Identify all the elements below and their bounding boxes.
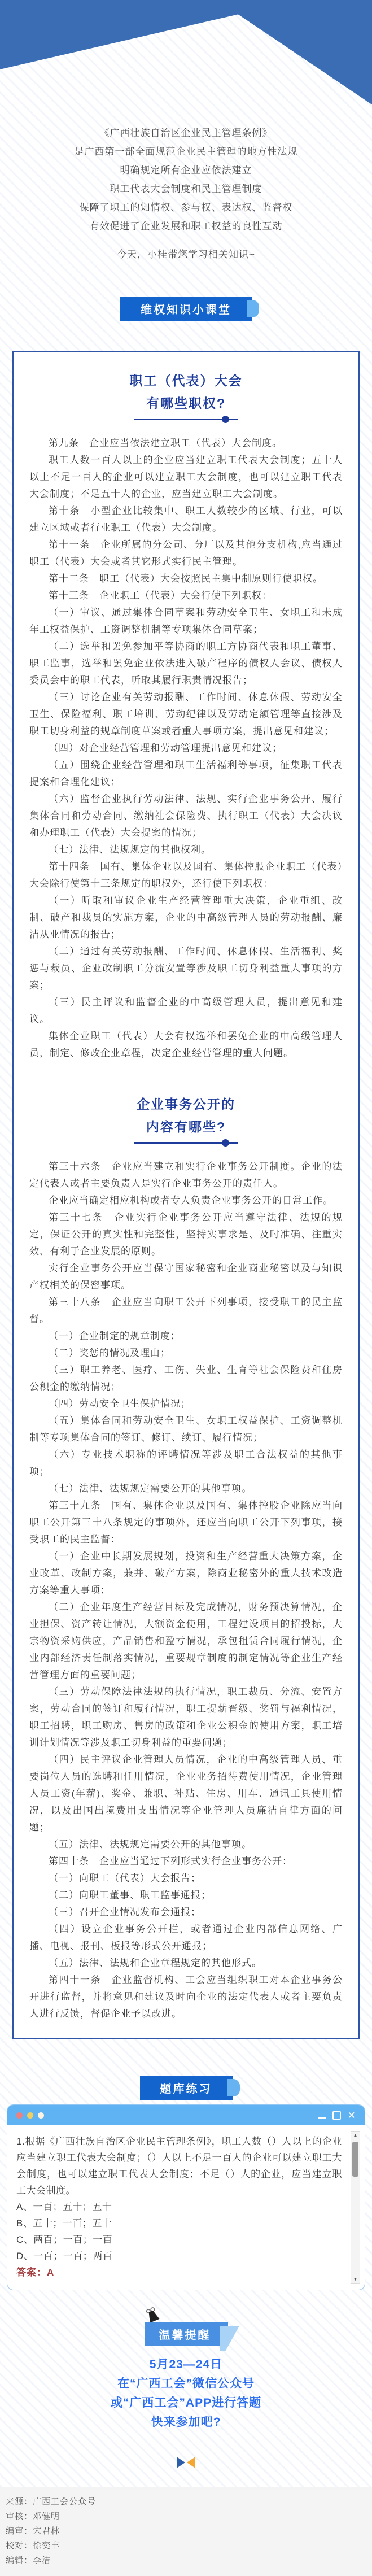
law-paragraph: （六）监督企业执行劳动法律、法规、实行企业事务公开、履行集体合同和劳动合同、缴纳… — [29, 791, 343, 842]
law-paragraph: （六）专业技术职称的评聘情况等涉及职工合法权益的其他事项； — [29, 1446, 343, 1480]
scrollbar[interactable]: ▲ ▼ — [351, 2131, 360, 2284]
section-badge-row: 维权知识小课堂 — [0, 297, 372, 321]
law-paragraph: 企业应当确定相应机构或者专人负责企业事务公开的日常工作。 — [29, 1192, 343, 1209]
section1-paragraphs: 第九条 企业应当依法建立职工（代表）大会制度。职工人数一百人以上的企业应当建立职… — [29, 435, 343, 1062]
law-paragraph: （一）审议、通过集体合同草案和劳动安全卫生、女职工和未成年工权益保护、工资调整机… — [29, 604, 343, 638]
law-paragraph: （一）向职工（代表）大会报告； — [29, 1870, 343, 1887]
intro-line: 职工代表大会制度和民主管理制度 — [0, 180, 372, 198]
close-icon[interactable]: ✕ — [348, 2111, 356, 2120]
footer-credits: 来源：广西工会公众号审核：邓健明编审：宋君林校对：徐奕丰编辑：李洁 — [0, 2487, 372, 2576]
section-badge-row: 题库练习 — [0, 2076, 372, 2100]
law-paragraph: （五）集体合同和劳动安全卫生、女职工权益保护、工资调整机制等专项集体合同的签订、… — [29, 1413, 343, 1446]
quiz-option: C、两百；一百；一百 — [16, 2231, 342, 2248]
law-paragraph: 第四十条 企业应当通过下列形式实行企业事务公开： — [29, 1853, 343, 1870]
intro-line: 今天，小桂带您学习相关知识~ — [0, 245, 372, 264]
union-logo — [177, 2457, 196, 2468]
law-paragraph: 第九条 企业应当依法建立职工（代表）大会制度。 — [29, 435, 343, 452]
law-paragraph: 第四十一条 企业监督机构、工会应当组织职工对本企业事务公开进行监督，并将意见和建… — [29, 1972, 343, 2023]
credit-line: 编辑：李洁 — [6, 2553, 366, 2568]
promo-line: 5月23—24日 — [0, 2355, 372, 2374]
law-paragraph: （四）对企业经营管理和劳动管理提出意见和建议； — [29, 740, 343, 757]
credit-line: 来源：广西工会公众号 — [6, 2495, 366, 2509]
law-paragraph: （二）选举和罢免参加平等协商的职工方协商代表和职工董事、职工监事，选举和罢免企业… — [29, 638, 343, 689]
law-paragraph: 第三十七条 企业实行企业事务公开应当遵守法律、法规的规定，保证公开的真实性和完整… — [29, 1209, 343, 1260]
window-dot-white-icon — [38, 2112, 44, 2119]
law-paragraph: （三）召开企业情况发布会通报； — [29, 1904, 343, 1921]
credit-line: 编审：宋君林 — [6, 2524, 366, 2539]
intro-text: 《广西壮族自治区企业民主管理条例》是广西第一部全面规范企业民主管理的地方性法规明… — [0, 124, 372, 264]
maximize-icon[interactable] — [332, 2111, 341, 2120]
law-paragraph: （五）法律、法规和企业章程规定的其他形式。 — [29, 1955, 343, 1972]
promo-line: 快来参加吧? — [0, 2413, 372, 2432]
quiz-window-titlebar: ✕ — [7, 2105, 365, 2125]
credit-line: 校对：徐奕丰 — [6, 2539, 366, 2553]
law-paragraph: （四）民主评议企业管理人员情况，企业的中高级管理人员、重要岗位人员的选聘和任用情… — [29, 1751, 343, 1836]
knowledge-class-badge: 维权知识小课堂 — [120, 297, 252, 321]
intro-line: 保障了职工的知情权、参与权、表达权、监督权 — [0, 198, 372, 217]
law-paragraph: （三）劳动保障法律法规的执行情况，职工裁员、分流、安置方案，劳动合同的签订和履行… — [29, 1684, 343, 1751]
law-paragraph: 第三十六条 企业应当建立和实行企业事务公开制度。企业的法定代表人或者主要负责人是… — [29, 1158, 343, 1192]
law-paragraph: （二）向职工董事、职工监事通报； — [29, 1887, 343, 1904]
law-paragraph: 集体企业职工（代表）大会有权选举和罢免企业的中高级管理人员，制定、修改企业章程，… — [29, 1028, 343, 1062]
promo-line: 在“广西工会”微信公众号 — [0, 2374, 372, 2394]
section2-title: 企业事务公开的 内容有哪些? — [29, 1093, 343, 1144]
law-paragraph: （五）围绕企业经营管理和职工生活福利等事项，征集职工代表提案和合理化建议； — [29, 757, 343, 791]
law-paragraph: （一）企业中长期发展规划，投资和生产经营重大决策方案，企业改革、改制方案，兼并、… — [29, 1548, 343, 1599]
law-paragraph: 第三十九条 国有、集体企业以及国有、集体控股企业除应当向职工公开第三十八条规定的… — [29, 1497, 343, 1548]
quiz-body: 1.根据《广西壮族自治区企业民主管理条例》，职工人数（）人以上的企业应当建立职工… — [7, 2125, 365, 2290]
law-paragraph: （三）讨论企业有关劳动报酬、工作时间、休息休假、劳动安全卫生、保险福利、职工培训… — [29, 689, 343, 740]
title-underline-with-dot — [134, 1142, 238, 1144]
logo-blue-triangle — [177, 2457, 185, 2468]
law-paragraph: （四）设立企业事务公开栏，或者通过企业内部信息网络、广播、电视、报刊、板报等形式… — [29, 1921, 343, 1955]
law-paragraph: 职工人数一百人以上的企业应当建立职工代表大会制度；五十人以上不足一百人的企业可以… — [29, 452, 343, 503]
quiz-answer-label: 答案： — [16, 2267, 47, 2278]
law-paragraph: 第三十八条 企业应当向职工公开下列事项，接受职工的民主监督。 — [29, 1294, 343, 1328]
law-paragraph: （二）企业年度生产经营目标及完成情况，财务预决算情况，企业担保、资产转让情况，大… — [29, 1599, 343, 1684]
law-card: 职工（代表）大会 有哪些职权? 第九条 企业应当依法建立职工（代表）大会制度。职… — [12, 351, 360, 2039]
credit-line: 审核：邓健明 — [6, 2509, 366, 2524]
header-blue-shape — [0, 0, 372, 110]
quiz-question: 1.根据《广西壮族自治区企业民主管理条例》，职工人数（）人以上的企业应当建立职工… — [16, 2133, 342, 2199]
section1-title: 职工（代表）大会 有哪些职权? — [29, 369, 343, 420]
quiz-option: B、五十；一百；五十 — [16, 2215, 342, 2231]
law-paragraph: 第十二条 职工（代表）大会按照民主集中制原则行使职权。 — [29, 570, 343, 587]
law-paragraph: （一）企业制定的规章制度； — [29, 1328, 343, 1345]
quiz-answer-value: A — [47, 2267, 54, 2278]
law-paragraph: （三）民主评议和监督企业的中高级管理人员，提出意见和建议。 — [29, 994, 343, 1028]
window-controls: ✕ — [318, 2111, 356, 2120]
quiz-answer: 答案：A — [16, 2264, 342, 2281]
question-bank-badge: 题库练习 — [140, 2076, 233, 2100]
section1-title-line2: 有哪些职权? — [29, 392, 343, 415]
law-paragraph: （七）法律、法规规定的其他权利。 — [29, 842, 343, 858]
section2-title-line1: 企业事务公开的 — [29, 1093, 343, 1115]
promo-line: 或“广西工会”APP进行答题 — [0, 2394, 372, 2413]
title-underline-with-dot — [134, 419, 238, 420]
law-paragraph: 实行企业事务公开应当保守国家秘密和企业商业秘密以及与知识产权相关的保密事项。 — [29, 1260, 343, 1294]
scroll-down-icon[interactable]: ▼ — [353, 2276, 358, 2283]
article-page: 《广西壮族自治区企业民主管理条例》是广西第一部全面规范企业民主管理的地方性法规明… — [0, 0, 372, 2576]
intro-line: 有效促进了企业发展和职工权益的良性互动 — [0, 217, 372, 236]
quiz-option: D、一百；一百；两百 — [16, 2248, 342, 2264]
scrollbar-thumb[interactable] — [352, 2142, 358, 2177]
window-dots — [16, 2112, 44, 2119]
intro-line: 是广西第一部全面规范企业民主管理的地方性法规 — [0, 142, 372, 161]
intro-line: 《广西壮族自治区企业民主管理条例》 — [0, 124, 372, 142]
quiz-options: A、一百；五十；五十B、五十；一百；五十C、两百；一百；一百D、一百；一百；两百 — [16, 2199, 342, 2264]
window-dot-red-icon — [16, 2112, 23, 2119]
window-dot-yellow-icon — [27, 2112, 33, 2119]
law-paragraph: （七）法律、法规规定需要公开的其他事项。 — [29, 1480, 343, 1497]
law-paragraph: （二）奖惩的情况及理由； — [29, 1345, 343, 1362]
quiz-option: A、一百；五十；五十 — [16, 2199, 342, 2215]
quiz-window: ✕ 1.根据《广西壮族自治区企业民主管理条例》，职工人数（）人以上的企业应当建立… — [7, 2104, 365, 2290]
section2-title-line2: 内容有哪些? — [29, 1115, 343, 1138]
minimize-icon[interactable] — [318, 2117, 326, 2119]
law-paragraph: 第十三条 企业职工（代表）大会行使下列职权： — [29, 587, 343, 604]
section2-paragraphs: 第三十六条 企业应当建立和实行企业事务公开制度。企业的法定代表人或者主要负责人是… — [29, 1158, 343, 2023]
law-paragraph: （四）劳动安全卫生保护情况； — [29, 1396, 343, 1413]
warm-reminder-badge: 温馨提醒 — [145, 2322, 228, 2346]
header-banner — [0, 0, 372, 110]
law-paragraph: （三）职工养老、医疗、工伤、失业、生育等社会保险费和住房公积金的缴纳情况； — [29, 1362, 343, 1396]
law-paragraph: 第十四条 国有、集体企业以及国有、集体控股企业职工（代表）大会除行使第十三条规定… — [29, 858, 343, 892]
reminder-section: 温馨提醒 — [0, 2322, 372, 2346]
law-paragraph: 第十一条 企业所属的分公司、分厂以及其他分支机构,应当通过职工（代表）大会或者其… — [29, 537, 343, 570]
section1-title-line1: 职工（代表）大会 — [29, 369, 343, 392]
law-paragraph: （一）听取和审议企业生产经营管理重大决策，企业重组、改制、破产和裁员的实施方案，… — [29, 892, 343, 943]
logo-orange-triangle — [187, 2457, 195, 2468]
law-paragraph: （二）通过有关劳动报酬、工作时间、休息休假、生活福利、奖惩与裁员、企业改制职工分… — [29, 943, 343, 994]
intro-line: 明确规定所有企业应依法建立 — [0, 161, 372, 180]
scroll-up-icon[interactable]: ▲ — [353, 2132, 358, 2139]
promo-text: 5月23—24日在“广西工会”微信公众号或“广西工会”APP进行答题快来参加吧? — [0, 2355, 372, 2432]
law-paragraph: （五）法律、法规规定需要公开的其他事项。 — [29, 1836, 343, 1853]
law-paragraph: 第十条 小型企业比较集中、职工人数较少的区域、行业，可以建立区域或者行业职工（代… — [29, 503, 343, 537]
